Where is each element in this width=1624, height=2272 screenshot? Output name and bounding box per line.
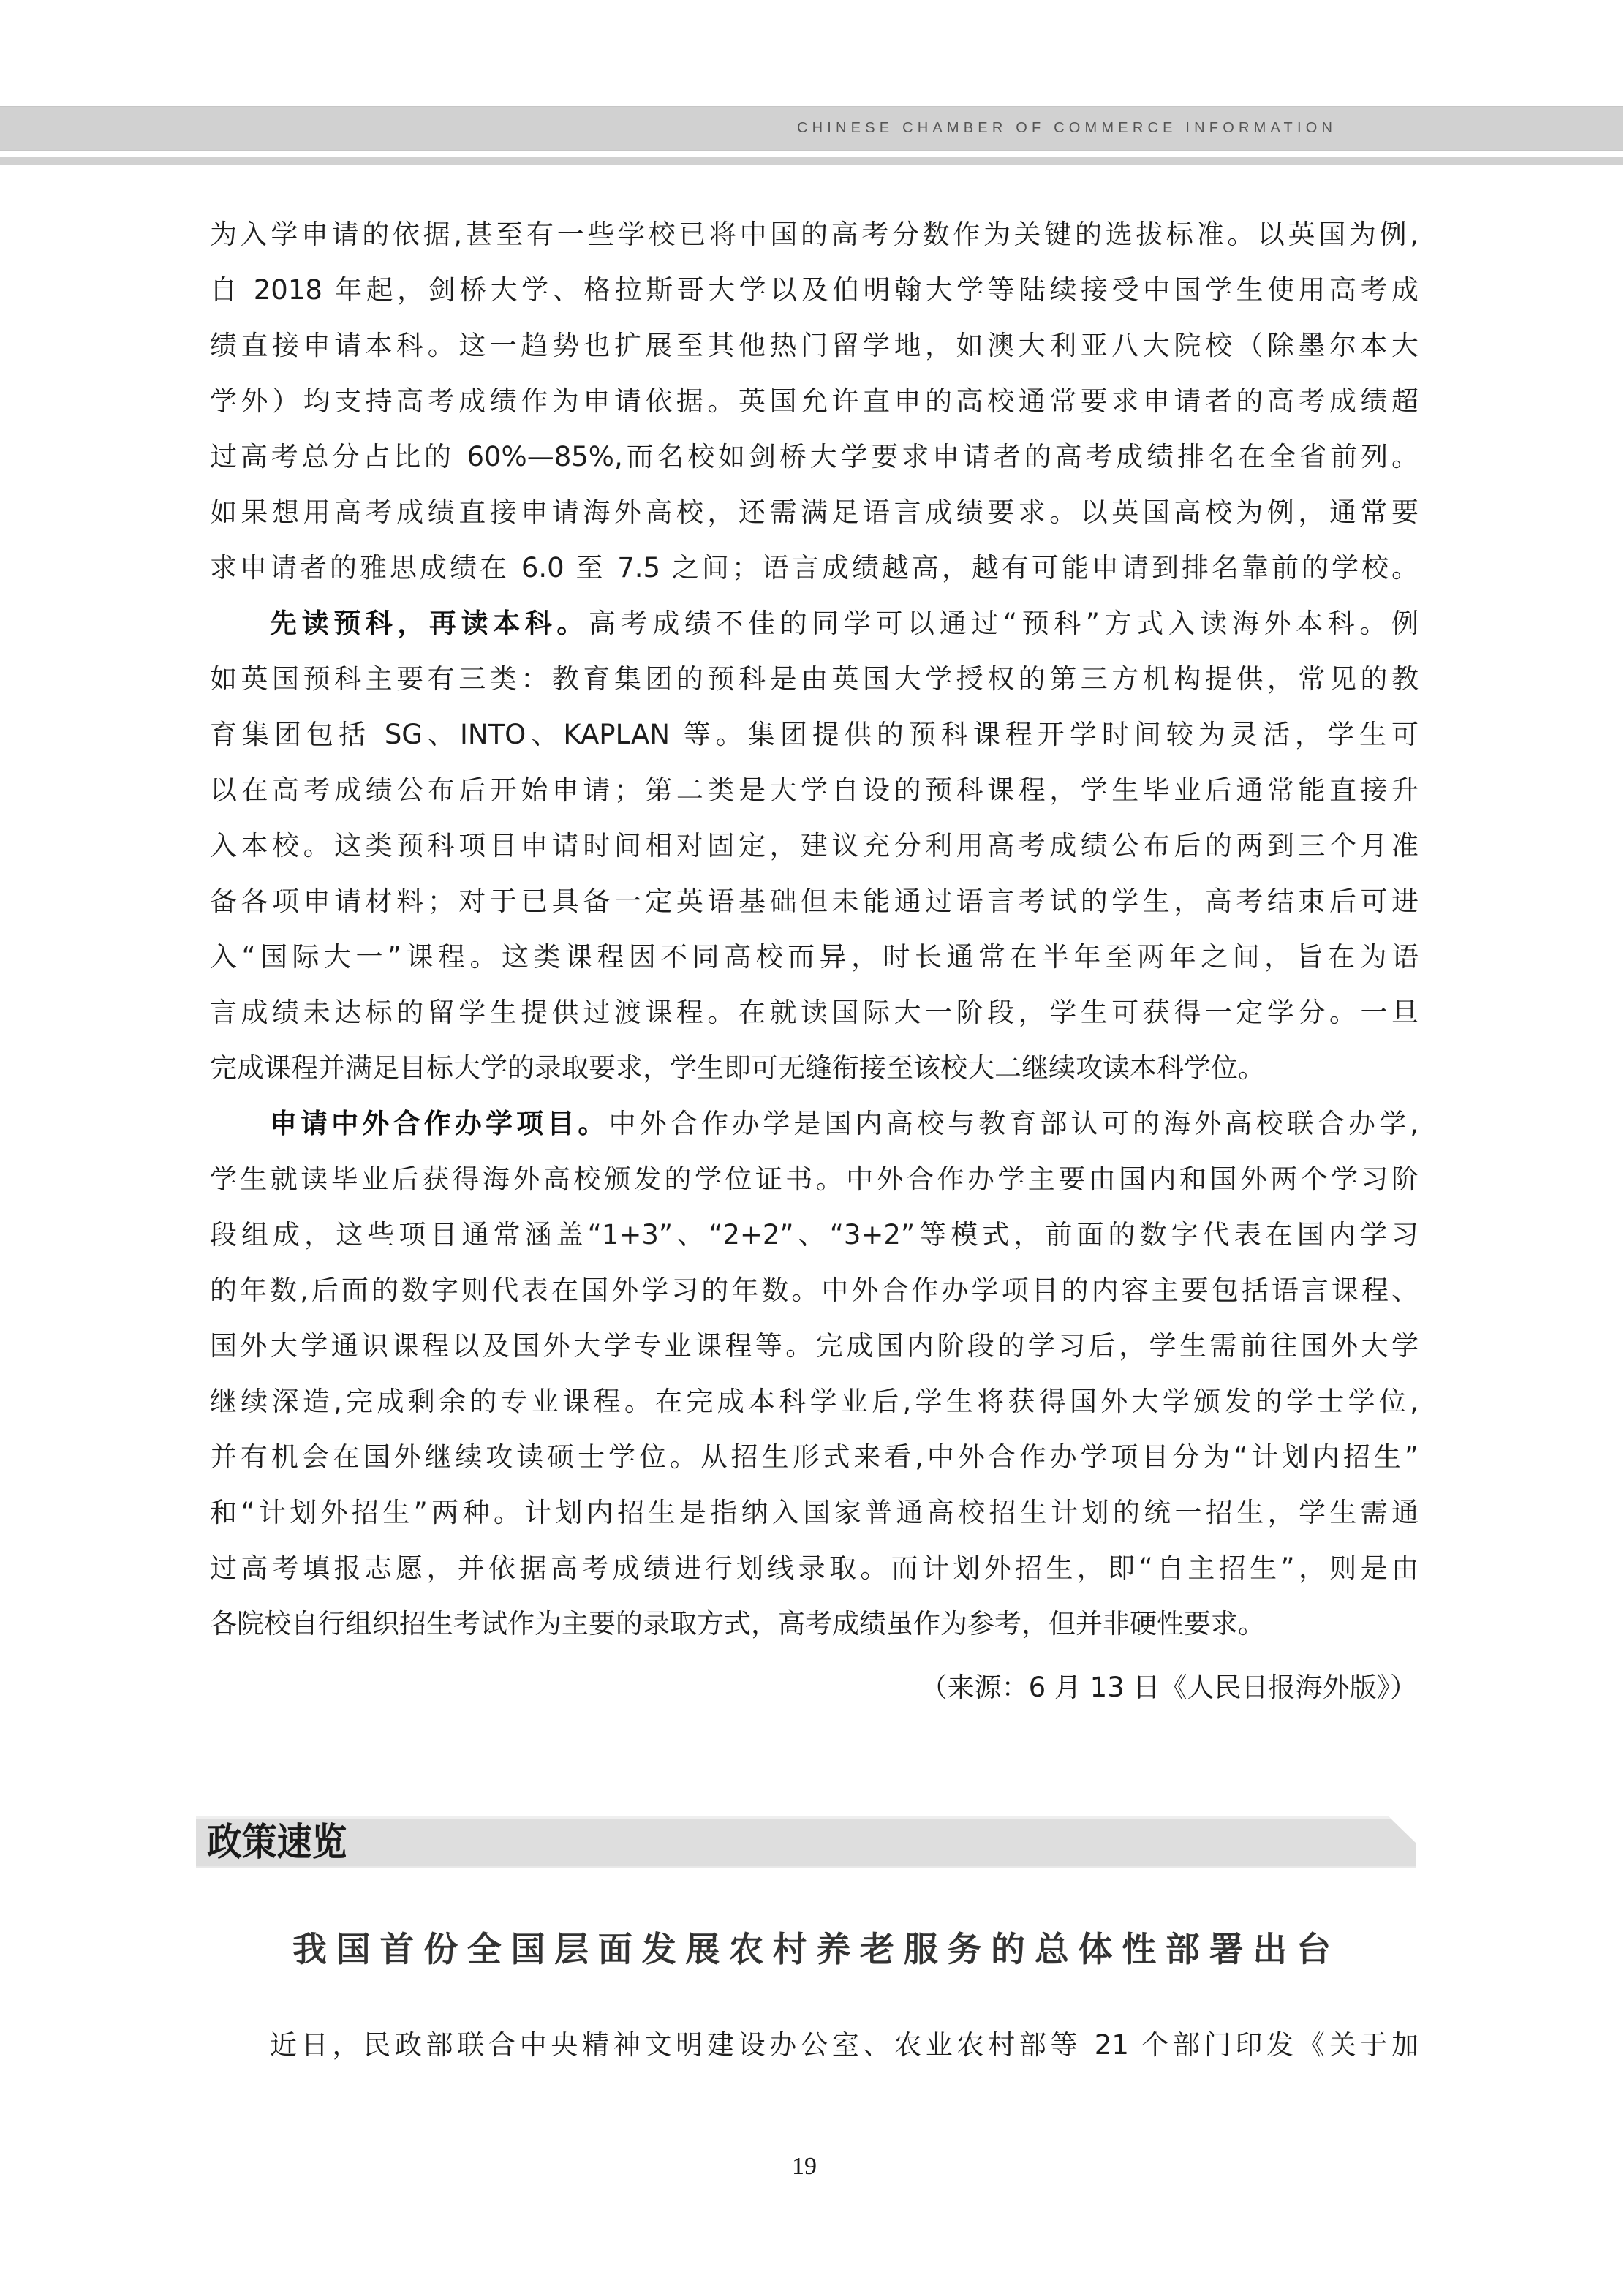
article-source-citation: （来源：6 月 13 日《人民日报海外版》） bbox=[921, 1669, 1417, 1706]
body-line: 入本校。这类预科项目申请时间相对固定，建议充分利用高考成绩公布后的两到三个月准 bbox=[210, 828, 1419, 864]
body-line: 的年数,后面的数字则代表在国外学习的年数。中外合作办学项目的内容主要包括语言课程… bbox=[210, 1272, 1419, 1309]
body-line: 继续深造,完成剩余的专业课程。在完成本科学业后,学生将获得国外大学颁发的学士学位… bbox=[210, 1384, 1419, 1420]
paragraph-lead-heading: 申请中外合作办学项目。 bbox=[270, 1108, 609, 1139]
body-line: 言成绩未达标的留学生提供过渡课程。在就读国际大一阶段，学生可获得一定学分。一旦 bbox=[210, 995, 1419, 1031]
body-line: 以在高考成绩公布后开始申请；第二类是大学自设的预科课程，学生毕业后通常能直接升 bbox=[210, 772, 1419, 809]
body-line: 学外）均支持高考成绩作为申请依据。英国允许直申的高校通常要求申请者的高考成绩超 bbox=[210, 383, 1419, 420]
body-line: 过高考总分占比的 60%—85%,而名校如剑桥大学要求申请者的高考成绩排名在全省… bbox=[210, 439, 1419, 475]
news-headline: 我国首份全国层面发展农村养老服务的总体性部署出台 bbox=[292, 1925, 1331, 1976]
body-line: 求申请者的雅思成绩在 6.0 至 7.5 之间；语言成绩越高，越有可能申请到排名… bbox=[210, 550, 1419, 586]
body-line: 为入学申请的依据,甚至有一些学校已将中国的高考分数作为关键的选拔标准。以英国为例… bbox=[210, 216, 1419, 253]
body-line: 备各项申请材料；对于已具备一定英语基础但未能通过语言考试的学生，高考结束后可进 bbox=[210, 883, 1419, 920]
body-line: 学生就读毕业后获得海外高校颁发的学位证书。中外合作办学主要由国内和国外两个学习阶 bbox=[210, 1161, 1419, 1198]
running-header-stripe bbox=[0, 157, 1623, 165]
body-line: 如英国预科主要有三类：教育集团的预科是由英国大学授权的第三方机构提供，常见的教 bbox=[210, 661, 1419, 698]
news-first-line: 近日，民政部联合中央精神文明建设办公室、农业农村部等 21 个部门印发《关于加 bbox=[270, 2027, 1419, 2064]
page-number: 19 bbox=[731, 2148, 877, 2185]
section-banner bbox=[196, 1816, 1416, 1868]
body-line: 和“计划外招生”两种。计划内招生是指纳入国家普通高校招生计划的统一招生，学生需通 bbox=[210, 1495, 1419, 1531]
body-line: 入“国际大一”课程。这类课程因不同高校而异，时长通常在半年至两年之间，旨在为语 bbox=[210, 939, 1419, 975]
body-line: 如果想用高考成绩直接申请海外高校，还需满足语言成绩要求。以英国高校为例，通常要 bbox=[210, 494, 1419, 531]
body-text: 高考成绩不佳的同学可以通过“预科”方式入读海外本科。例 bbox=[589, 608, 1419, 639]
paragraph-start-line: 申请中外合作办学项目。中外合作办学是国内高校与教育部认可的海外高校联合办学, bbox=[270, 1106, 1419, 1142]
running-header-title: CHINESE CHAMBER OF COMMERCE INFORMATION bbox=[797, 117, 1404, 139]
body-line: 绩直接申请本科。这一趋势也扩展至其他热门留学地，如澳大利亚八大院校（除墨尔本大 bbox=[210, 328, 1419, 364]
body-line: 各院校自行组织招生考试作为主要的录取方式，高考成绩虽作为参考，但并非硬性要求。 bbox=[210, 1606, 1419, 1642]
paragraph-lead-heading: 先读预科，再读本科。 bbox=[270, 608, 589, 639]
paragraph-start-line: 先读预科，再读本科。高考成绩不佳的同学可以通过“预科”方式入读海外本科。例 bbox=[270, 605, 1419, 642]
body-line: 并有机会在国外继续攻读硕士学位。从招生形式来看,中外合作办学项目分为“计划内招生… bbox=[210, 1439, 1419, 1476]
body-line: 完成课程并满足目标大学的录取要求，学生即可无缝衔接至该校大二继续攻读本科学位。 bbox=[210, 1050, 1419, 1087]
body-line: 过高考填报志愿，并依据高考成绩进行划线录取。而计划外招生，即“自主招生”，则是由 bbox=[210, 1550, 1419, 1587]
body-text: 中外合作办学是国内高校与教育部认可的海外高校联合办学, bbox=[609, 1108, 1419, 1139]
body-line: 段组成，这些项目通常涵盖“1+3”、“2+2”、“3+2”等模式，前面的数字代表… bbox=[210, 1217, 1419, 1253]
body-line: 自 2018 年起，剑桥大学、格拉斯哥大学以及伯明翰大学等陆续接受中国学生使用高… bbox=[210, 272, 1419, 309]
section-title: 政策速览 bbox=[207, 1819, 347, 1866]
body-line: 育集团包括 SG、INTO、KAPLAN 等。集团提供的预科课程开学时间较为灵活… bbox=[210, 717, 1419, 753]
body-line: 国外大学通识课程以及国外大学专业课程等。完成国内阶段的学习后，学生需前往国外大学 bbox=[210, 1328, 1419, 1365]
